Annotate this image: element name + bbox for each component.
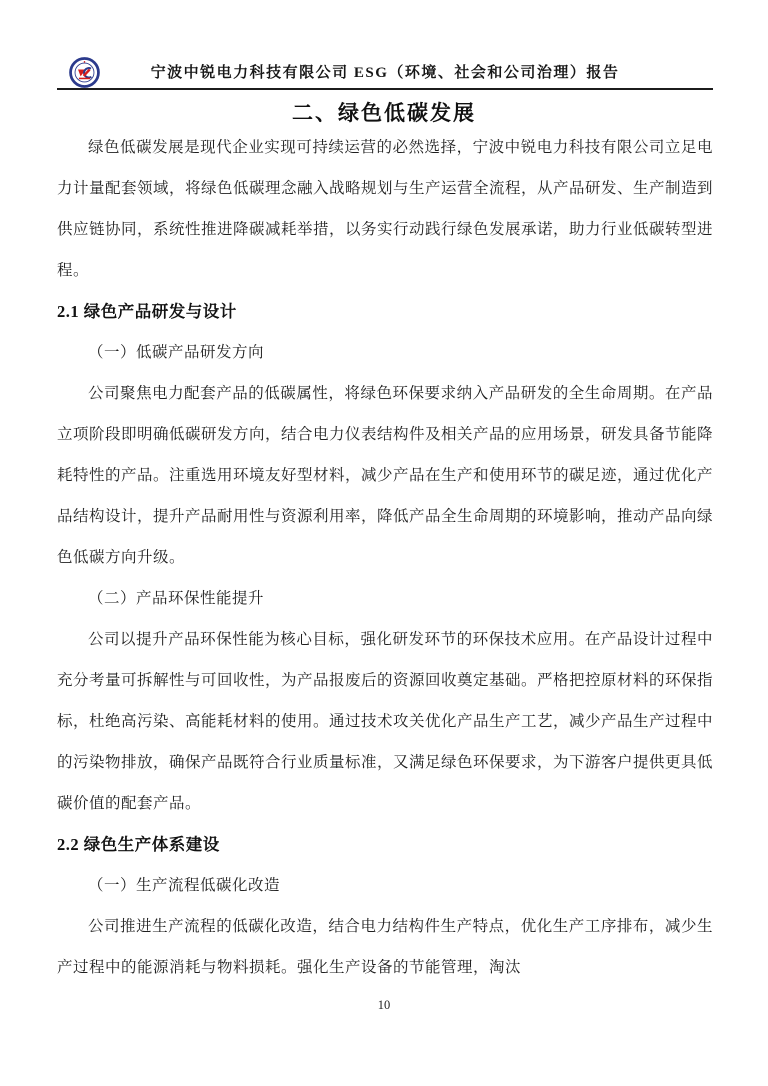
report-header: 宁波中锐电力科技有限公司 ESG（环境、社会和公司治理）报告 [57, 55, 713, 90]
header-report-title: 宁波中锐电力科技有限公司 ESG（环境、社会和公司治理）报告 [57, 61, 713, 82]
section-heading-2-1: 2.1 绿色产品研发与设计 [57, 291, 713, 332]
body-paragraph-2-1-1: 公司聚焦电力配套产品的低碳属性，将绿色环保要求纳入产品研发的全生命周期。在产品立… [57, 373, 713, 578]
document-body: 绿色低碳发展是现代企业实现可持续运营的必然选择，宁波中锐电力科技有限公司立足电力… [57, 127, 713, 988]
document-page: 宁波中锐电力科技有限公司 ESG（环境、社会和公司治理）报告 二、绿色低碳发展 … [0, 0, 768, 1086]
subsection-heading-2-1-1: （一）低碳产品研发方向 [57, 332, 713, 373]
body-paragraph-2-2-1: 公司推进生产流程的低碳化改造，结合电力结构件生产特点，优化生产工序排布，减少生产… [57, 906, 713, 988]
page-title: 二、绿色低碳发展 [0, 97, 768, 127]
section-heading-2-2: 2.2 绿色生产体系建设 [57, 824, 713, 865]
page-number: 10 [0, 998, 768, 1013]
body-paragraph-2-1-2: 公司以提升产品环保性能为核心目标，强化研发环节的环保技术应用。在产品设计过程中充… [57, 619, 713, 824]
subsection-heading-2-2-1: （一）生产流程低碳化改造 [57, 865, 713, 906]
subsection-heading-2-1-2: （二）产品环保性能提升 [57, 578, 713, 619]
intro-paragraph: 绿色低碳发展是现代企业实现可持续运营的必然选择，宁波中锐电力科技有限公司立足电力… [57, 127, 713, 291]
